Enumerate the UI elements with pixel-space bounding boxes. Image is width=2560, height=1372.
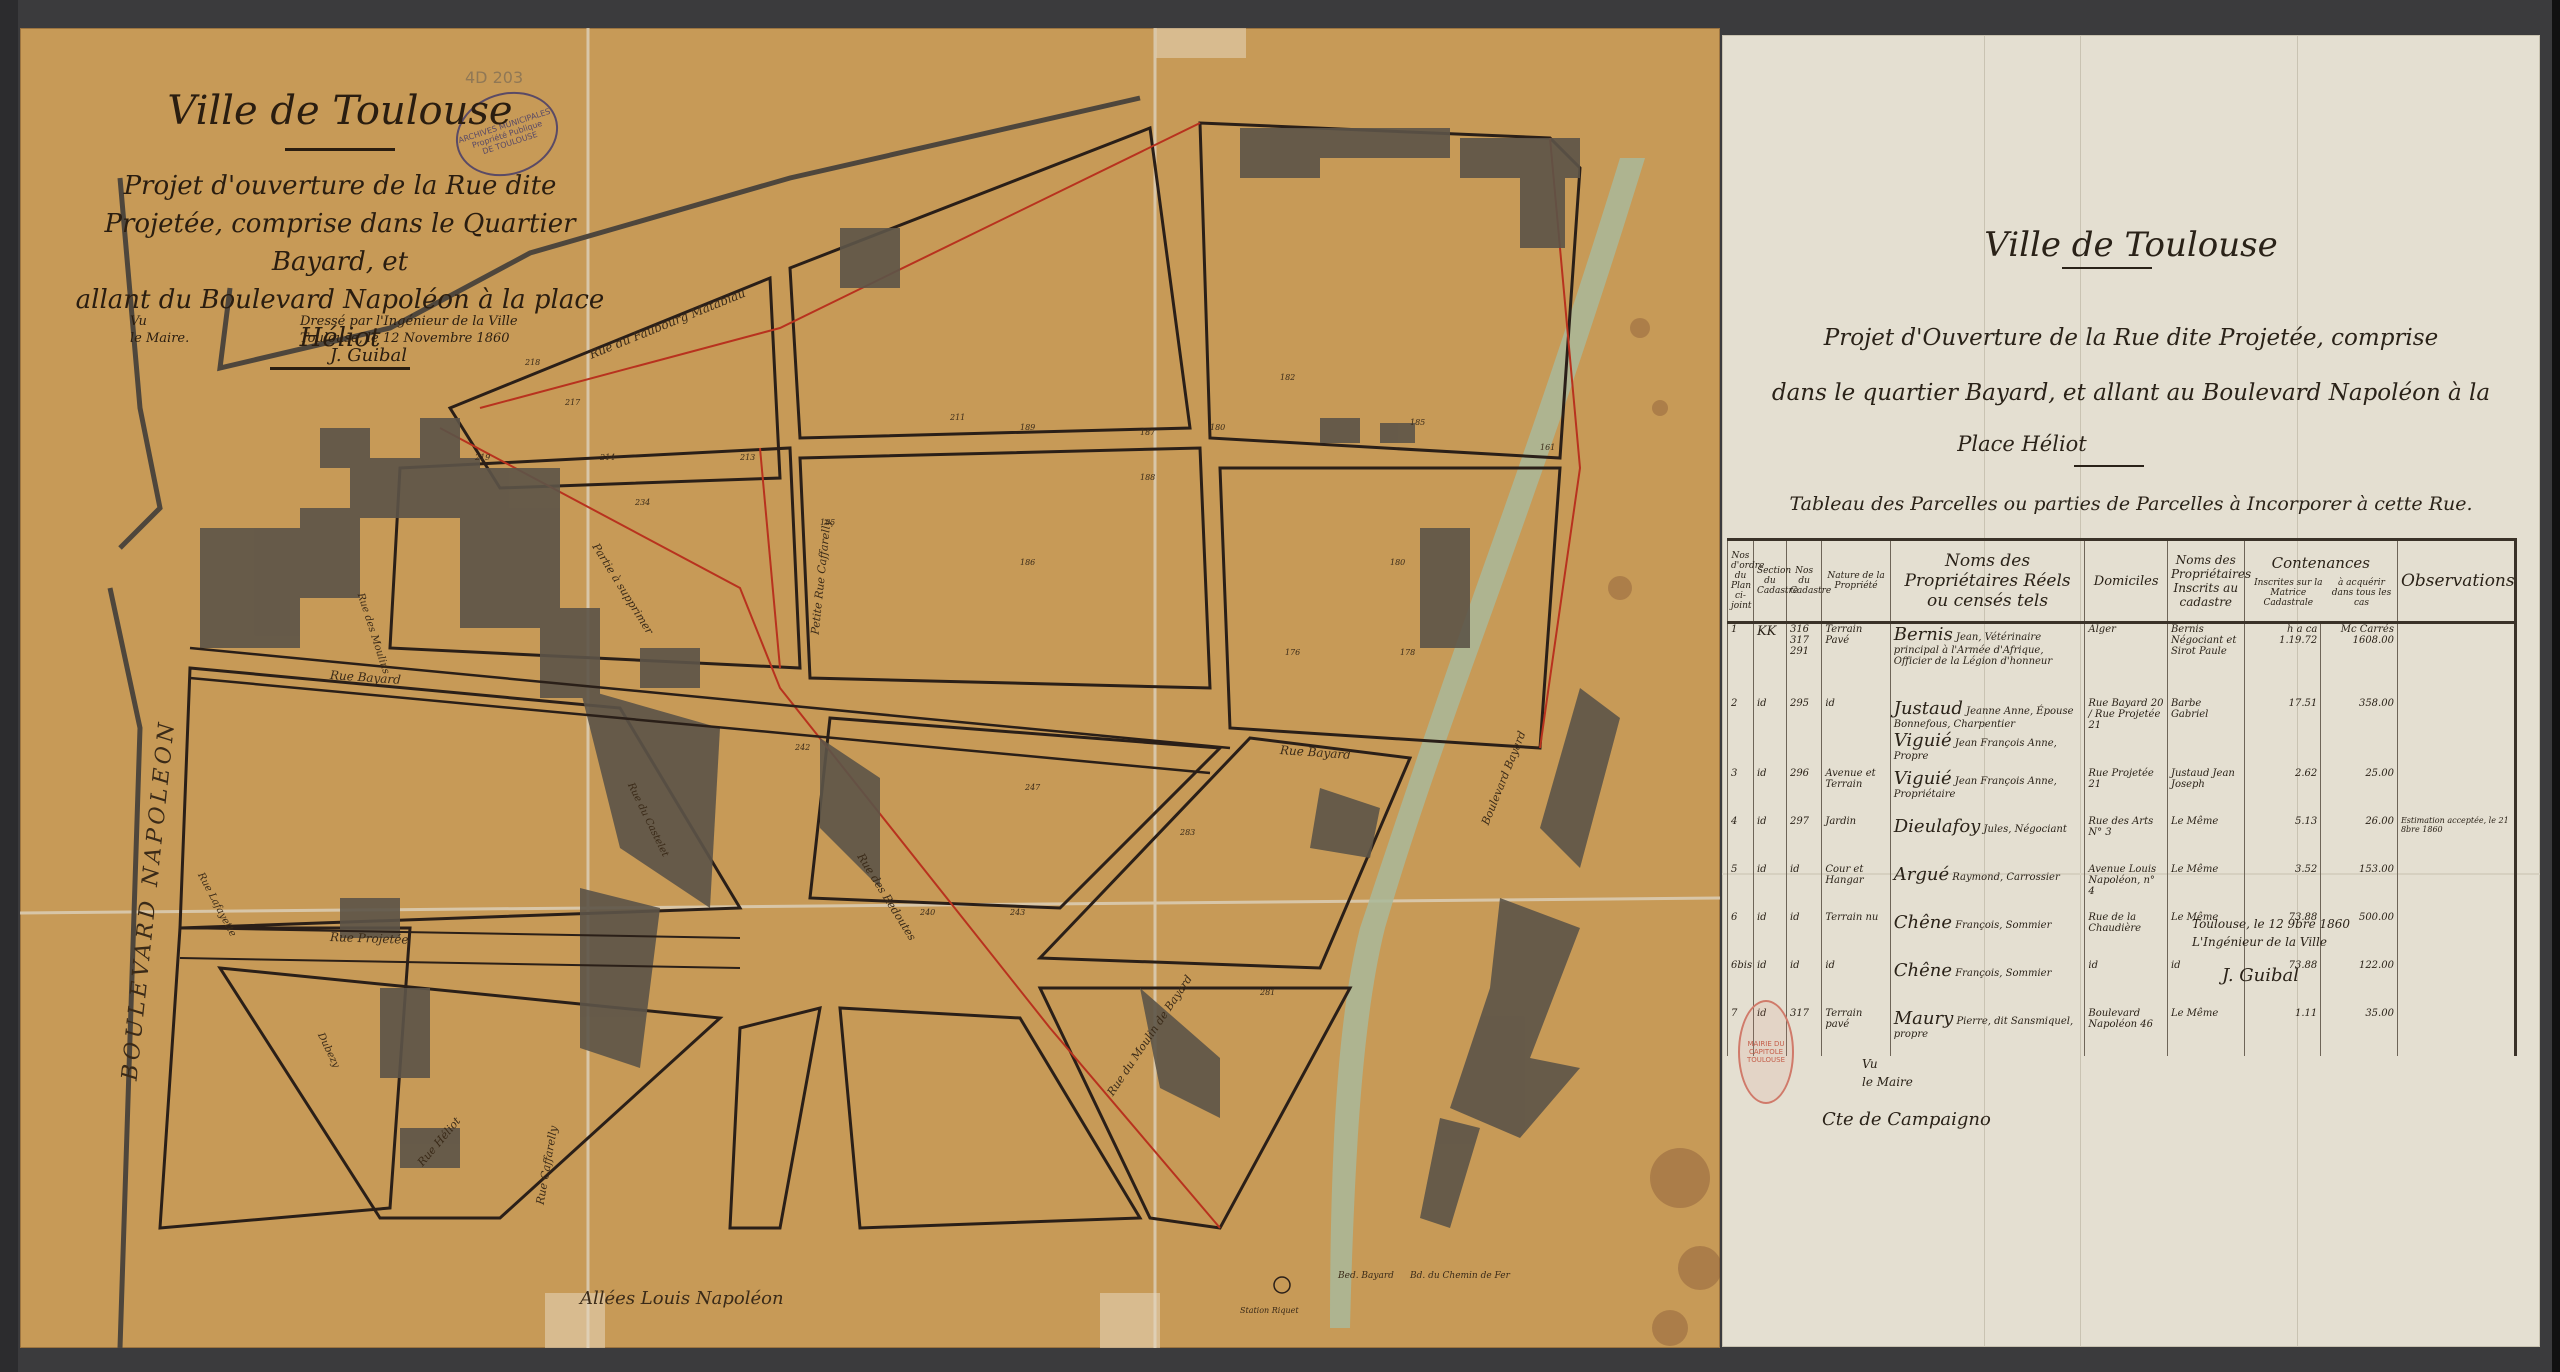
table-caption: Tableau des Parcelles ou parties de Parc…: [1722, 493, 2540, 515]
cell-n: 2: [1728, 698, 1754, 768]
parcel-number: 214: [600, 453, 615, 462]
street-label-projetee: Rue Projetée: [330, 930, 409, 947]
approval-line1: Vu: [130, 313, 189, 330]
cell-nature: Avenue et Terrain: [1822, 768, 1890, 816]
cell-domicile: Alger: [2085, 623, 2168, 698]
cell-inscrites: 2.62: [2244, 768, 2321, 816]
table-row: 5 id id Cour et Hangar Argué Raymond, Ca…: [1728, 864, 2516, 912]
cell-section: id: [1753, 912, 1786, 960]
cell-cadastre: id: [1786, 912, 1821, 960]
approval-line2: le Maire.: [130, 330, 189, 347]
header-section: Section du Cadastre: [1753, 540, 1786, 623]
header-domiciles: Domiciles: [2085, 540, 2168, 623]
doc-approval: Vu le Maire Cte de Campaigno: [1862, 1055, 1991, 1129]
doc-engineer-date: Toulouse, le 12 9bre 1860: [2192, 915, 2350, 933]
viewer-left-edge: [0, 0, 18, 1372]
cell-owner: Chêne François, Sommier: [1890, 912, 2085, 960]
doc-approval-line1: Vu: [1862, 1055, 1991, 1073]
table-header-row: Nos d'ordre du Plan ci-joint Section du …: [1728, 540, 2516, 623]
doc-engineer-block: Toulouse, le 12 9bre 1860 L'Ingénieur de…: [2192, 915, 2350, 985]
tape-strip: [1100, 1293, 1160, 1348]
viewer-right-edge: [2552, 0, 2560, 1372]
cell-n: 6bis: [1728, 960, 1754, 1008]
parcel-number: 219: [475, 453, 490, 462]
parcel-number: 217: [565, 398, 580, 407]
header-n-ordre: Nos d'ordre du Plan ci-joint: [1728, 540, 1754, 623]
cell-owner: Chêne François, Sommier: [1890, 960, 2085, 1008]
cell-cadastre: 316 317 291: [1786, 623, 1821, 698]
cell-nature: Terrain Pavé: [1822, 623, 1890, 698]
cell-domicile: Rue de la Chaudière: [2085, 912, 2168, 960]
owner-detail: Jules, Négociant: [1984, 824, 2067, 835]
parcel-number: 189: [1020, 423, 1035, 432]
cell-n: 3: [1728, 768, 1754, 816]
cell-owner: Argué Raymond, Carrossier: [1890, 864, 2085, 912]
cell-observations: [2397, 912, 2515, 960]
table-row: 6 id id Terrain nu Chêne François, Sommi…: [1728, 912, 2516, 960]
street-label-allees: Allées Louis Napoléon: [580, 1288, 784, 1309]
cell-owner: Viguié Jean François Anne, Propriétaire: [1890, 768, 2085, 816]
station-marker-icon: [1274, 1277, 1290, 1293]
cell-domicile: Rue des Arts N° 3: [2085, 816, 2168, 864]
cell-nature: Cour et Hangar: [1822, 864, 1890, 912]
table-row: 2 id 295 id Justaud Jeanne Anne, Épouse …: [1728, 698, 2516, 768]
owner-surname: Viguié: [1894, 730, 1952, 751]
cell-acquerir: 358.00: [2321, 698, 2398, 768]
cell-observations: [2397, 864, 2515, 912]
parcel-number: 281: [1260, 988, 1275, 997]
tape-strip: [1156, 28, 1246, 58]
header-inscrits: Noms des Propriétaires Inscrits au cadas…: [2167, 540, 2244, 623]
doc-title-line3: Place Héliot: [1912, 432, 2132, 456]
cell-acquerir: 35.00: [2321, 1008, 2398, 1056]
table-row: 1 KK 316 317 291 Terrain Pavé Bernis Jea…: [1728, 623, 2516, 698]
parcel-number: 234: [635, 498, 650, 507]
owner-surname: Argué: [1894, 864, 1949, 885]
cell-owner: Justaud Jeanne Anne, Épouse Bonnefous, C…: [1890, 698, 2085, 768]
cell-inscrits: Le Même: [2167, 1008, 2244, 1056]
cell-nature: Terrain pavé: [1822, 1008, 1890, 1056]
doc-approval-line2: le Maire: [1862, 1073, 1991, 1091]
cell-domicile: Avenue Louis Napoléon, n° 4: [2085, 864, 2168, 912]
parcel-number: 186: [1020, 558, 1035, 567]
table-row: 6bis id id id Chêne François, Sommier id…: [1728, 960, 2516, 1008]
cell-n: 4: [1728, 816, 1754, 864]
cell-observations: [2397, 768, 2515, 816]
parcel-number: 178: [1400, 648, 1415, 657]
cell-observations: [2397, 698, 2515, 768]
map-sheet: 4D 203 ARCHIVES MUNICIPALES Propriété Pu…: [20, 28, 1720, 1348]
title-rule: [2062, 267, 2152, 269]
cell-n: 1: [1728, 623, 1754, 698]
cell-section: id: [1753, 698, 1786, 768]
cell-cadastre: id: [1786, 864, 1821, 912]
owner-surname: Chêne: [1894, 960, 1952, 981]
cell-observations: [2397, 960, 2515, 1008]
header-contenances: Contenances Inscrites sur la Matrice Cad…: [2244, 540, 2397, 623]
cell-inscrites: 5.13: [2244, 816, 2321, 864]
parcel-number: 242: [795, 743, 810, 752]
cell-domicile: Rue Projetée 21: [2085, 768, 2168, 816]
header-nature: Nature de la Propriété: [1822, 540, 1890, 623]
doc-title-city: Ville de Toulouse: [1722, 225, 2540, 265]
header-observations: Observations: [2397, 540, 2515, 623]
cell-inscrites: 1.11: [2244, 1008, 2321, 1056]
document-sheet: Ville de Toulouse Projet d'Ouverture de …: [1722, 35, 2540, 1347]
cell-domicile: Rue Bayard 20 / Rue Projetée 21: [2085, 698, 2168, 768]
parcel-number: 185: [1410, 418, 1425, 427]
cell-cadastre: 296: [1786, 768, 1821, 816]
cell-observations: [2397, 1008, 2515, 1056]
cell-nature: id: [1822, 698, 1890, 768]
parcel-number: 243: [1010, 908, 1025, 917]
header-a-acquerir: à acquérir dans tous les cas: [2329, 578, 2394, 608]
street-label-chemin-de-fer: Bd. du Chemin de Fer: [1410, 1271, 1510, 1281]
map-title-line1: Projet d'ouverture de la Rue dite: [60, 167, 620, 205]
parcel-number: 180: [1390, 558, 1405, 567]
owner-detail: François, Sommier: [1955, 968, 2051, 979]
parcel-number: 283: [1180, 828, 1195, 837]
owner-detail: Raymond, Carrossier: [1952, 872, 2059, 883]
cell-section: id: [1753, 816, 1786, 864]
author-line1: Dressé par l'Ingénieur de la Ville: [300, 313, 518, 330]
parcel-number: 176: [1285, 648, 1300, 657]
parcel-number: 188: [1140, 473, 1155, 482]
parcel-number: 211: [950, 413, 965, 422]
station-label: Station Riquet: [1240, 1306, 1299, 1315]
parcel-number: 218: [525, 358, 540, 367]
cell-section: id: [1753, 864, 1786, 912]
table-row: 7 id 317 Terrain pavé Maury Pierre, dit …: [1728, 1008, 2516, 1056]
cell-inscrites: h a ca 1.19.72: [2244, 623, 2321, 698]
parcel-number: 161: [1540, 443, 1555, 452]
owner-surname: Dieulafoy: [1894, 816, 1981, 837]
cell-inscrites: 17.51: [2244, 698, 2321, 768]
header-n-cadastre: Nos du Cadastre: [1786, 540, 1821, 623]
parcel-number: 182: [1280, 373, 1295, 382]
map-approval: Vu le Maire.: [130, 313, 189, 347]
owner-surname: Chêne: [1894, 912, 1952, 933]
cell-inscrites: 3.52: [2244, 864, 2321, 912]
map-title-line2: Projetée, comprise dans le Quartier Baya…: [60, 205, 620, 281]
cell-nature: id: [1822, 960, 1890, 1008]
parcel-number: 213: [740, 453, 755, 462]
title-rule: [2074, 465, 2144, 467]
doc-title-line2: dans le quartier Bayard, et allant au Bo…: [1722, 380, 2540, 406]
cell-inscrits: Le Même: [2167, 864, 2244, 912]
parcel-number: 180: [1210, 423, 1225, 432]
title-rule: [270, 367, 410, 370]
table-row: 3 id 296 Avenue et Terrain Viguié Jean F…: [1728, 768, 2516, 816]
cell-owner: Bernis Jean, Vétérinaire principal à l'A…: [1890, 623, 2085, 698]
cell-domicile: id: [2085, 960, 2168, 1008]
owner-surname: Viguié: [1894, 768, 1952, 789]
cell-domicile: Boulevard Napoléon 46: [2085, 1008, 2168, 1056]
owner-surname: Bernis: [1894, 624, 1953, 645]
city-seal: MAIRIE DU CAPITOLE TOULOUSE: [1738, 1000, 1794, 1104]
seal-text: MAIRIE DU CAPITOLE TOULOUSE: [1740, 1040, 1792, 1064]
engineer-signature: J. Guibal: [2222, 967, 2350, 985]
cell-section: id: [1753, 768, 1786, 816]
cell-acquerir: 25.00: [2321, 768, 2398, 816]
header-contenances-label: Contenances: [2248, 554, 2394, 572]
cell-acquerir: Mc Carrés 1608.00: [2321, 623, 2398, 698]
cell-n: 6: [1728, 912, 1754, 960]
map-author: Dressé par l'Ingénieur de la Ville Toulo…: [300, 313, 518, 364]
cell-cadastre: 295: [1786, 698, 1821, 768]
parcel-number: 185: [820, 518, 835, 527]
street-label-bd-bayard-short: Bed. Bayard: [1338, 1271, 1394, 1281]
cell-acquerir: 153.00: [2321, 864, 2398, 912]
parcel-table: Nos d'ordre du Plan ci-joint Section du …: [1727, 538, 2517, 1056]
author-signature: J. Guibal: [330, 347, 518, 364]
doc-engineer-title: L'Ingénieur de la Ville: [2192, 933, 2350, 951]
cell-owner: Maury Pierre, dit Sansmiquel, propre: [1890, 1008, 2085, 1056]
owner-surname: Maury: [1894, 1008, 1954, 1029]
cell-inscrits: Barbe Gabriel: [2167, 698, 2244, 768]
cell-n: 5: [1728, 864, 1754, 912]
header-proprietaires: Noms des Propriétaires Réels ou censés t…: [1890, 540, 2085, 623]
owner-detail: François, Sommier: [1955, 920, 2051, 931]
cell-inscrits: Justaud Jean Joseph: [2167, 768, 2244, 816]
map-title-city: Ville de Toulouse: [60, 88, 620, 134]
mayor-signature: Cte de Campaigno: [1822, 1111, 1991, 1129]
cell-cadastre: 297: [1786, 816, 1821, 864]
cell-nature: Terrain nu: [1822, 912, 1890, 960]
cell-section: KK: [1753, 623, 1786, 698]
cell-observations: [2397, 623, 2515, 698]
parcel-number: 240: [920, 908, 935, 917]
owner-surname: Justaud: [1894, 698, 1963, 719]
table-row: 4 id 297 Jardin Dieulafoy Jules, Négocia…: [1728, 816, 2516, 864]
parcel-number: 247: [1025, 783, 1040, 792]
cell-inscrits: Le Même: [2167, 816, 2244, 864]
parcel-number: 187: [1140, 428, 1155, 437]
cell-cadastre: id: [1786, 960, 1821, 1008]
cell-owner: Dieulafoy Jules, Négociant: [1890, 816, 2085, 864]
cell-inscrits: Bernis Négociant et Sirot Paule: [2167, 623, 2244, 698]
header-inscrites: Inscrites sur la Matrice Cadastrale: [2248, 578, 2329, 608]
cell-nature: Jardin: [1822, 816, 1890, 864]
doc-title-line1: Projet d'Ouverture de la Rue dite Projet…: [1722, 325, 2540, 351]
title-rule: [285, 148, 395, 151]
cell-acquerir: 26.00: [2321, 816, 2398, 864]
cell-observations: Estimation acceptée, le 21 8bre 1860: [2397, 816, 2515, 864]
